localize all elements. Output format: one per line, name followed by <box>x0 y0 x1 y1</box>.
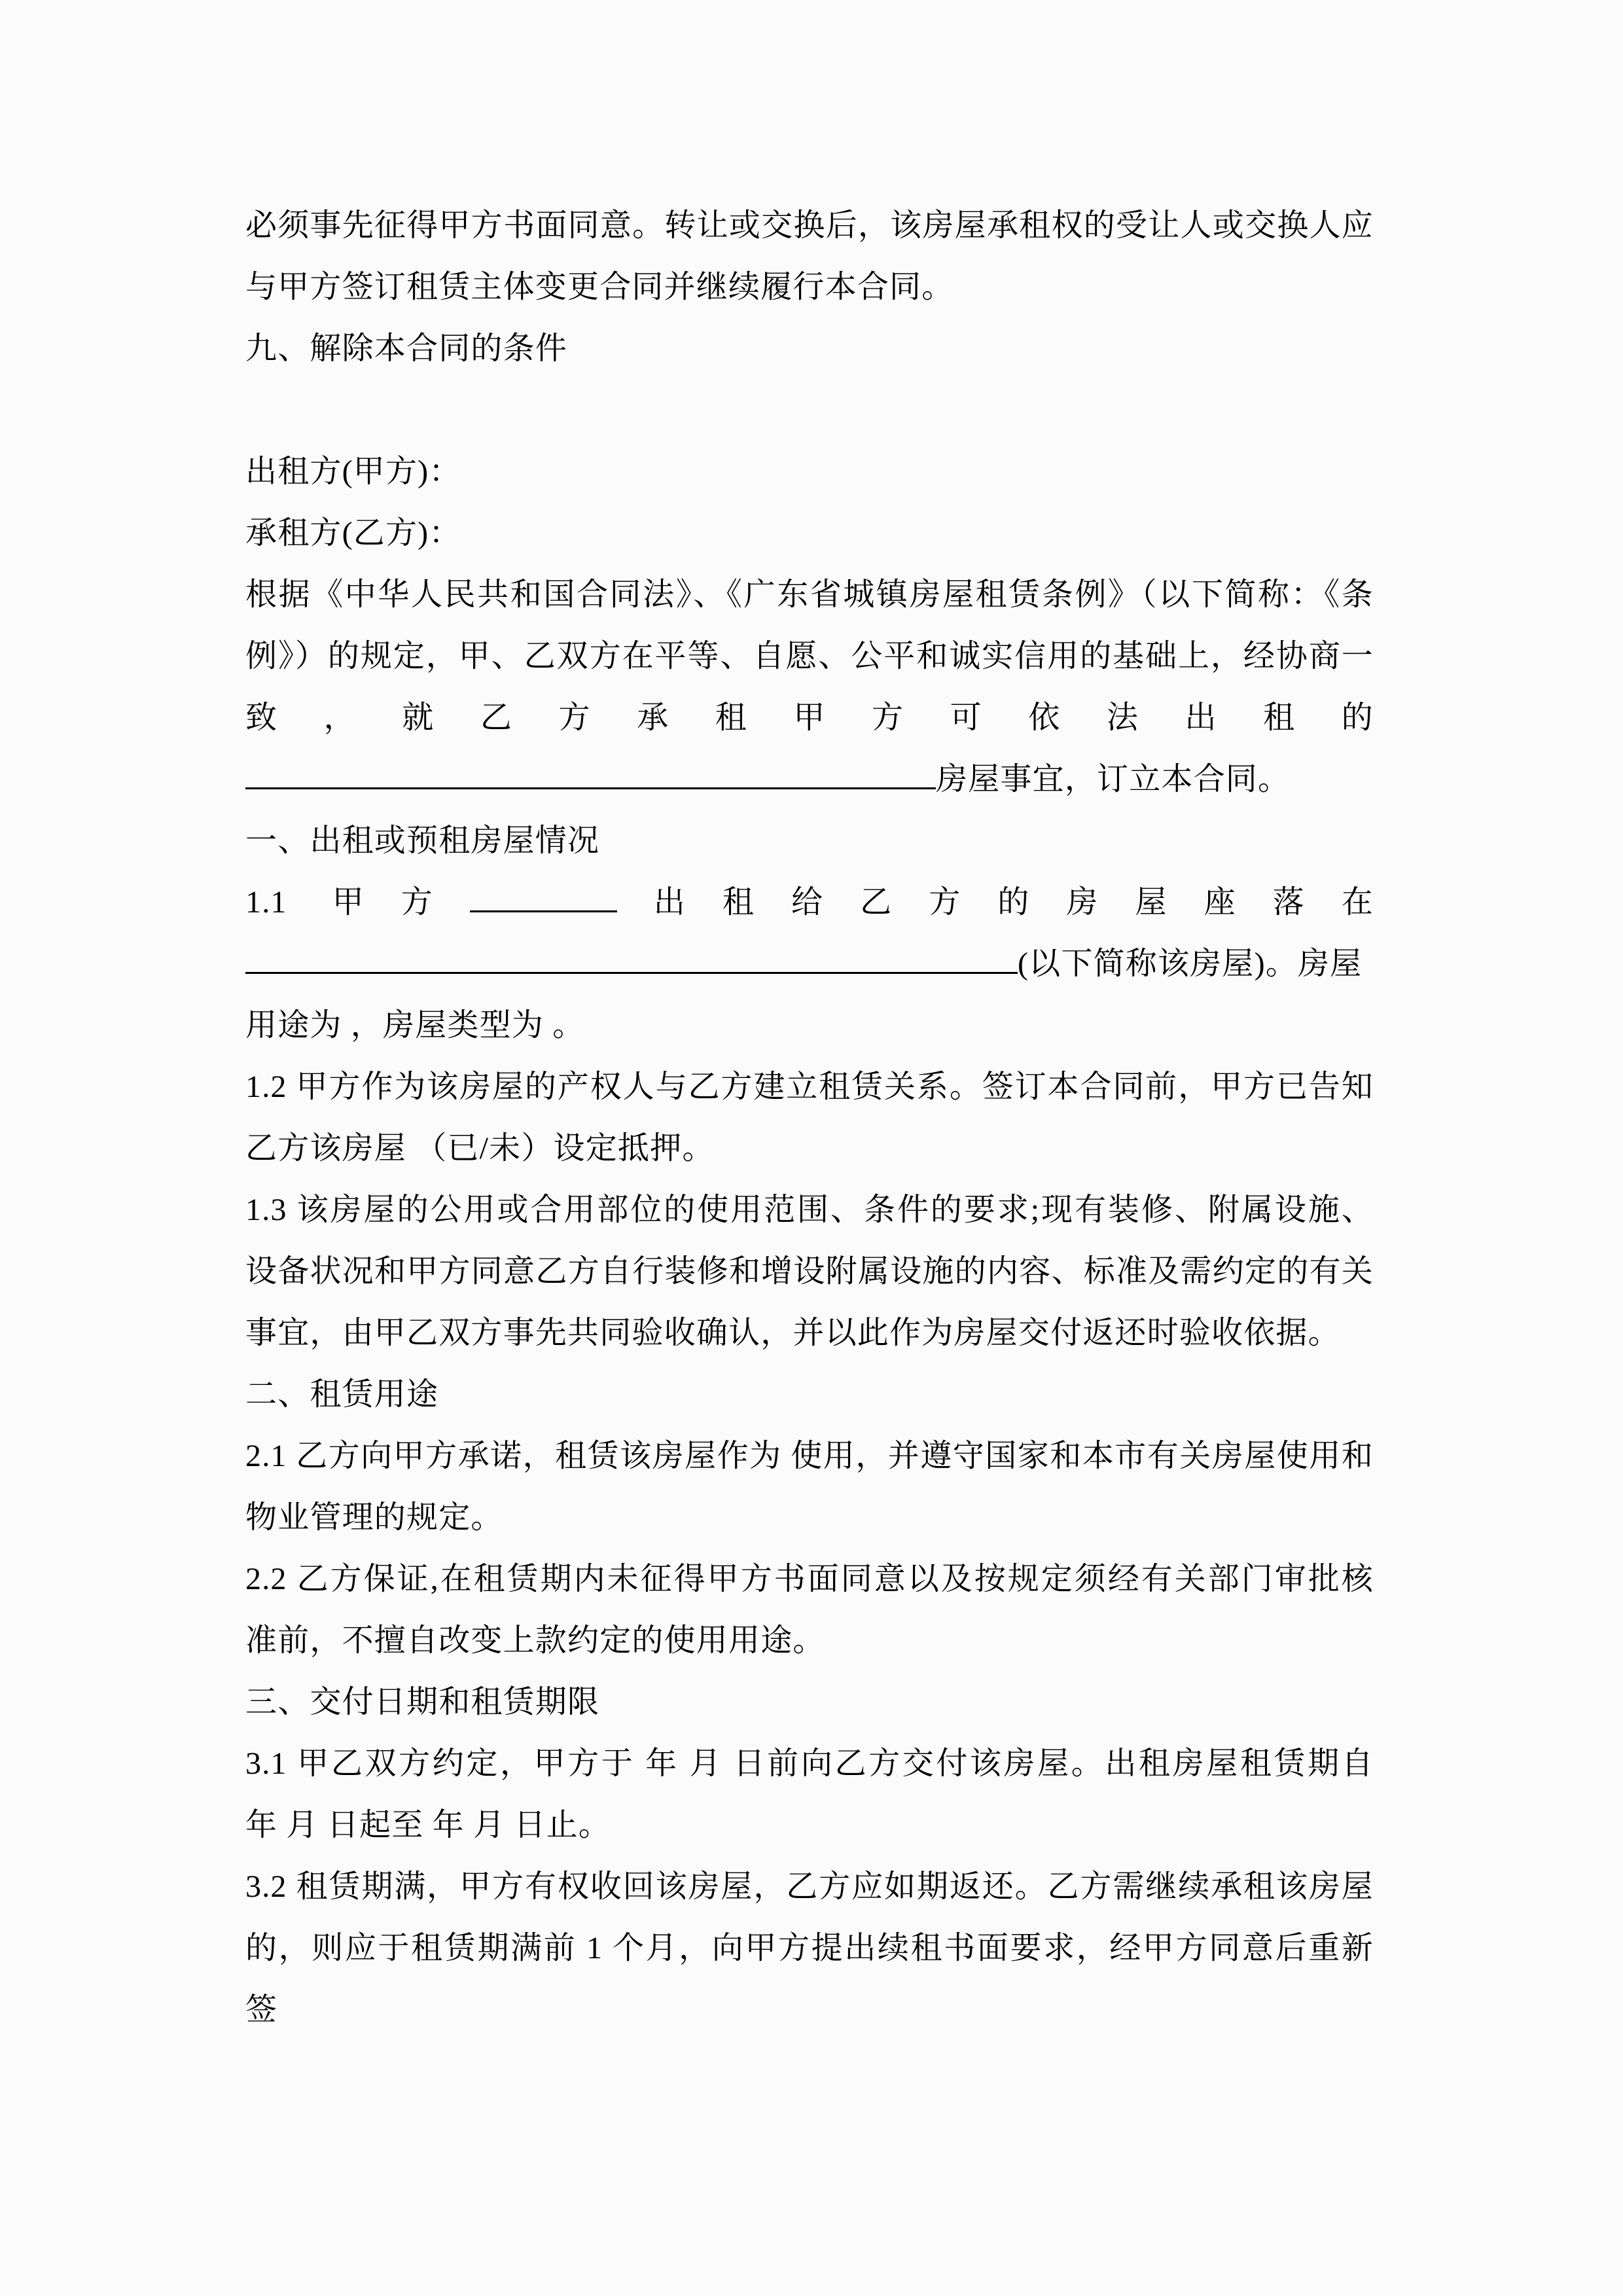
heading-article-3: 三、交付日期和租赁期限 <box>245 1672 1374 1733</box>
line-clause-1-2-a: 1.2 甲方作为该房屋的产权人与乙方建立租赁关系。签订本合同前，甲方已告知 <box>245 1056 1374 1118</box>
contract-document-page: 必须事先征得甲方书面同意。转让或交换后，该房屋承租权的受让人或交换人应 与甲方签… <box>0 0 1623 2296</box>
line-clause-1-3-b: 设备状况和甲方同意乙方自行装修和增设附属设施的内容、标准及需约定的有关 <box>245 1241 1374 1302</box>
line-clause-3-1-b: 年 月 日起至 年 月 日止。 <box>245 1795 1374 1856</box>
line-preamble-3: 致，就乙方承租甲方可依法出租的 <box>245 687 1374 749</box>
line-clause-1-1-a: 1.1 甲方出租给乙方的房屋座落在 <box>245 872 1374 933</box>
line-transfer-clause-1: 必须事先征得甲方书面同意。转让或交换后，该房屋承租权的受让人或交换人应 <box>245 195 1374 257</box>
line-clause-3-1-a: 3.1 甲乙双方约定，甲方于 年 月 日前向乙方交付该房屋。出租房屋租赁期自 <box>245 1733 1374 1795</box>
heading-article-9: 九、解除本合同的条件 <box>245 318 1374 380</box>
line-clause-3-2-b: 的，则应于租赁期满前 1 个月，向甲方提出续租书面要求，经甲方同意后重新签 <box>245 1918 1374 1979</box>
line-clause-1-2-b: 乙方该房屋 （已/未）设定抵押。 <box>245 1118 1374 1179</box>
fill-in-blank <box>245 787 936 789</box>
fill-in-blank <box>245 971 1018 974</box>
line-clause-3-2-a: 3.2 租赁期满，甲方有权收回该房屋，乙方应如期返还。乙方需继续承租该房屋 <box>245 1856 1374 1918</box>
line-transfer-clause-2: 与甲方签订租赁主体变更合同并继续履行本合同。 <box>245 257 1374 318</box>
line-clause-2-1-b: 物业管理的规定。 <box>245 1487 1374 1549</box>
line-clause-1-1-b: (以下简称该房屋)。房屋 <box>245 933 1374 995</box>
heading-article-2: 二、租赁用途 <box>245 1364 1374 1426</box>
line-lessor-party: 出租方(甲方)： <box>245 441 1374 503</box>
line-clause-2-1-a: 2.1 乙方向甲方承诺，租赁该房屋作为 使用，并遵守国家和本市有关房屋使用和 <box>245 1426 1374 1487</box>
line-clause-1-1-c: 用途为 ，房屋类型为 。 <box>245 995 1374 1056</box>
line-clause-2-2-a: 2.2 乙方保证,在租赁期内未征得甲方书面同意以及按规定须经有关部门审批核 <box>245 1549 1374 1610</box>
document-text-block: 必须事先征得甲方书面同意。转让或交换后，该房屋承租权的受让人或交换人应 与甲方签… <box>245 195 1374 1979</box>
fill-in-blank <box>470 910 617 912</box>
blank-line <box>245 380 1374 441</box>
line-preamble-4: 房屋事宜，订立本合同。 <box>245 749 1374 810</box>
line-preamble-2: 例》）的规定，甲、乙双方在平等、自愿、公平和诚实信用的基础上，经协商一 <box>245 626 1374 687</box>
line-lessee-party: 承租方(乙方)： <box>245 503 1374 564</box>
heading-article-1: 一、出租或预租房屋情况 <box>245 810 1374 872</box>
line-preamble-1: 根据《中华人民共和国合同法》、《广东省城镇房屋租赁条例》（以下简称：《条 <box>245 564 1374 626</box>
line-clause-2-2-b: 准前，不擅自改变上款约定的使用用途。 <box>245 1610 1374 1672</box>
line-clause-1-3-a: 1.3 该房屋的公用或合用部位的使用范围、条件的要求;现有装修、附属设施、 <box>245 1179 1374 1241</box>
line-clause-1-1-a-prefix: 1.1 甲方 <box>245 885 470 920</box>
line-preamble-4-text: 房屋事宜，订立本合同。 <box>936 762 1290 797</box>
line-clause-1-1-b-text: (以下简称该房屋)。房屋 <box>1018 946 1362 981</box>
line-clause-1-1-a-suffix: 出租给乙方的房屋座落在 <box>617 885 1374 920</box>
line-clause-1-3-c: 事宜，由甲乙双方事先共同验收确认，并以此作为房屋交付返还时验收依据。 <box>245 1302 1374 1364</box>
